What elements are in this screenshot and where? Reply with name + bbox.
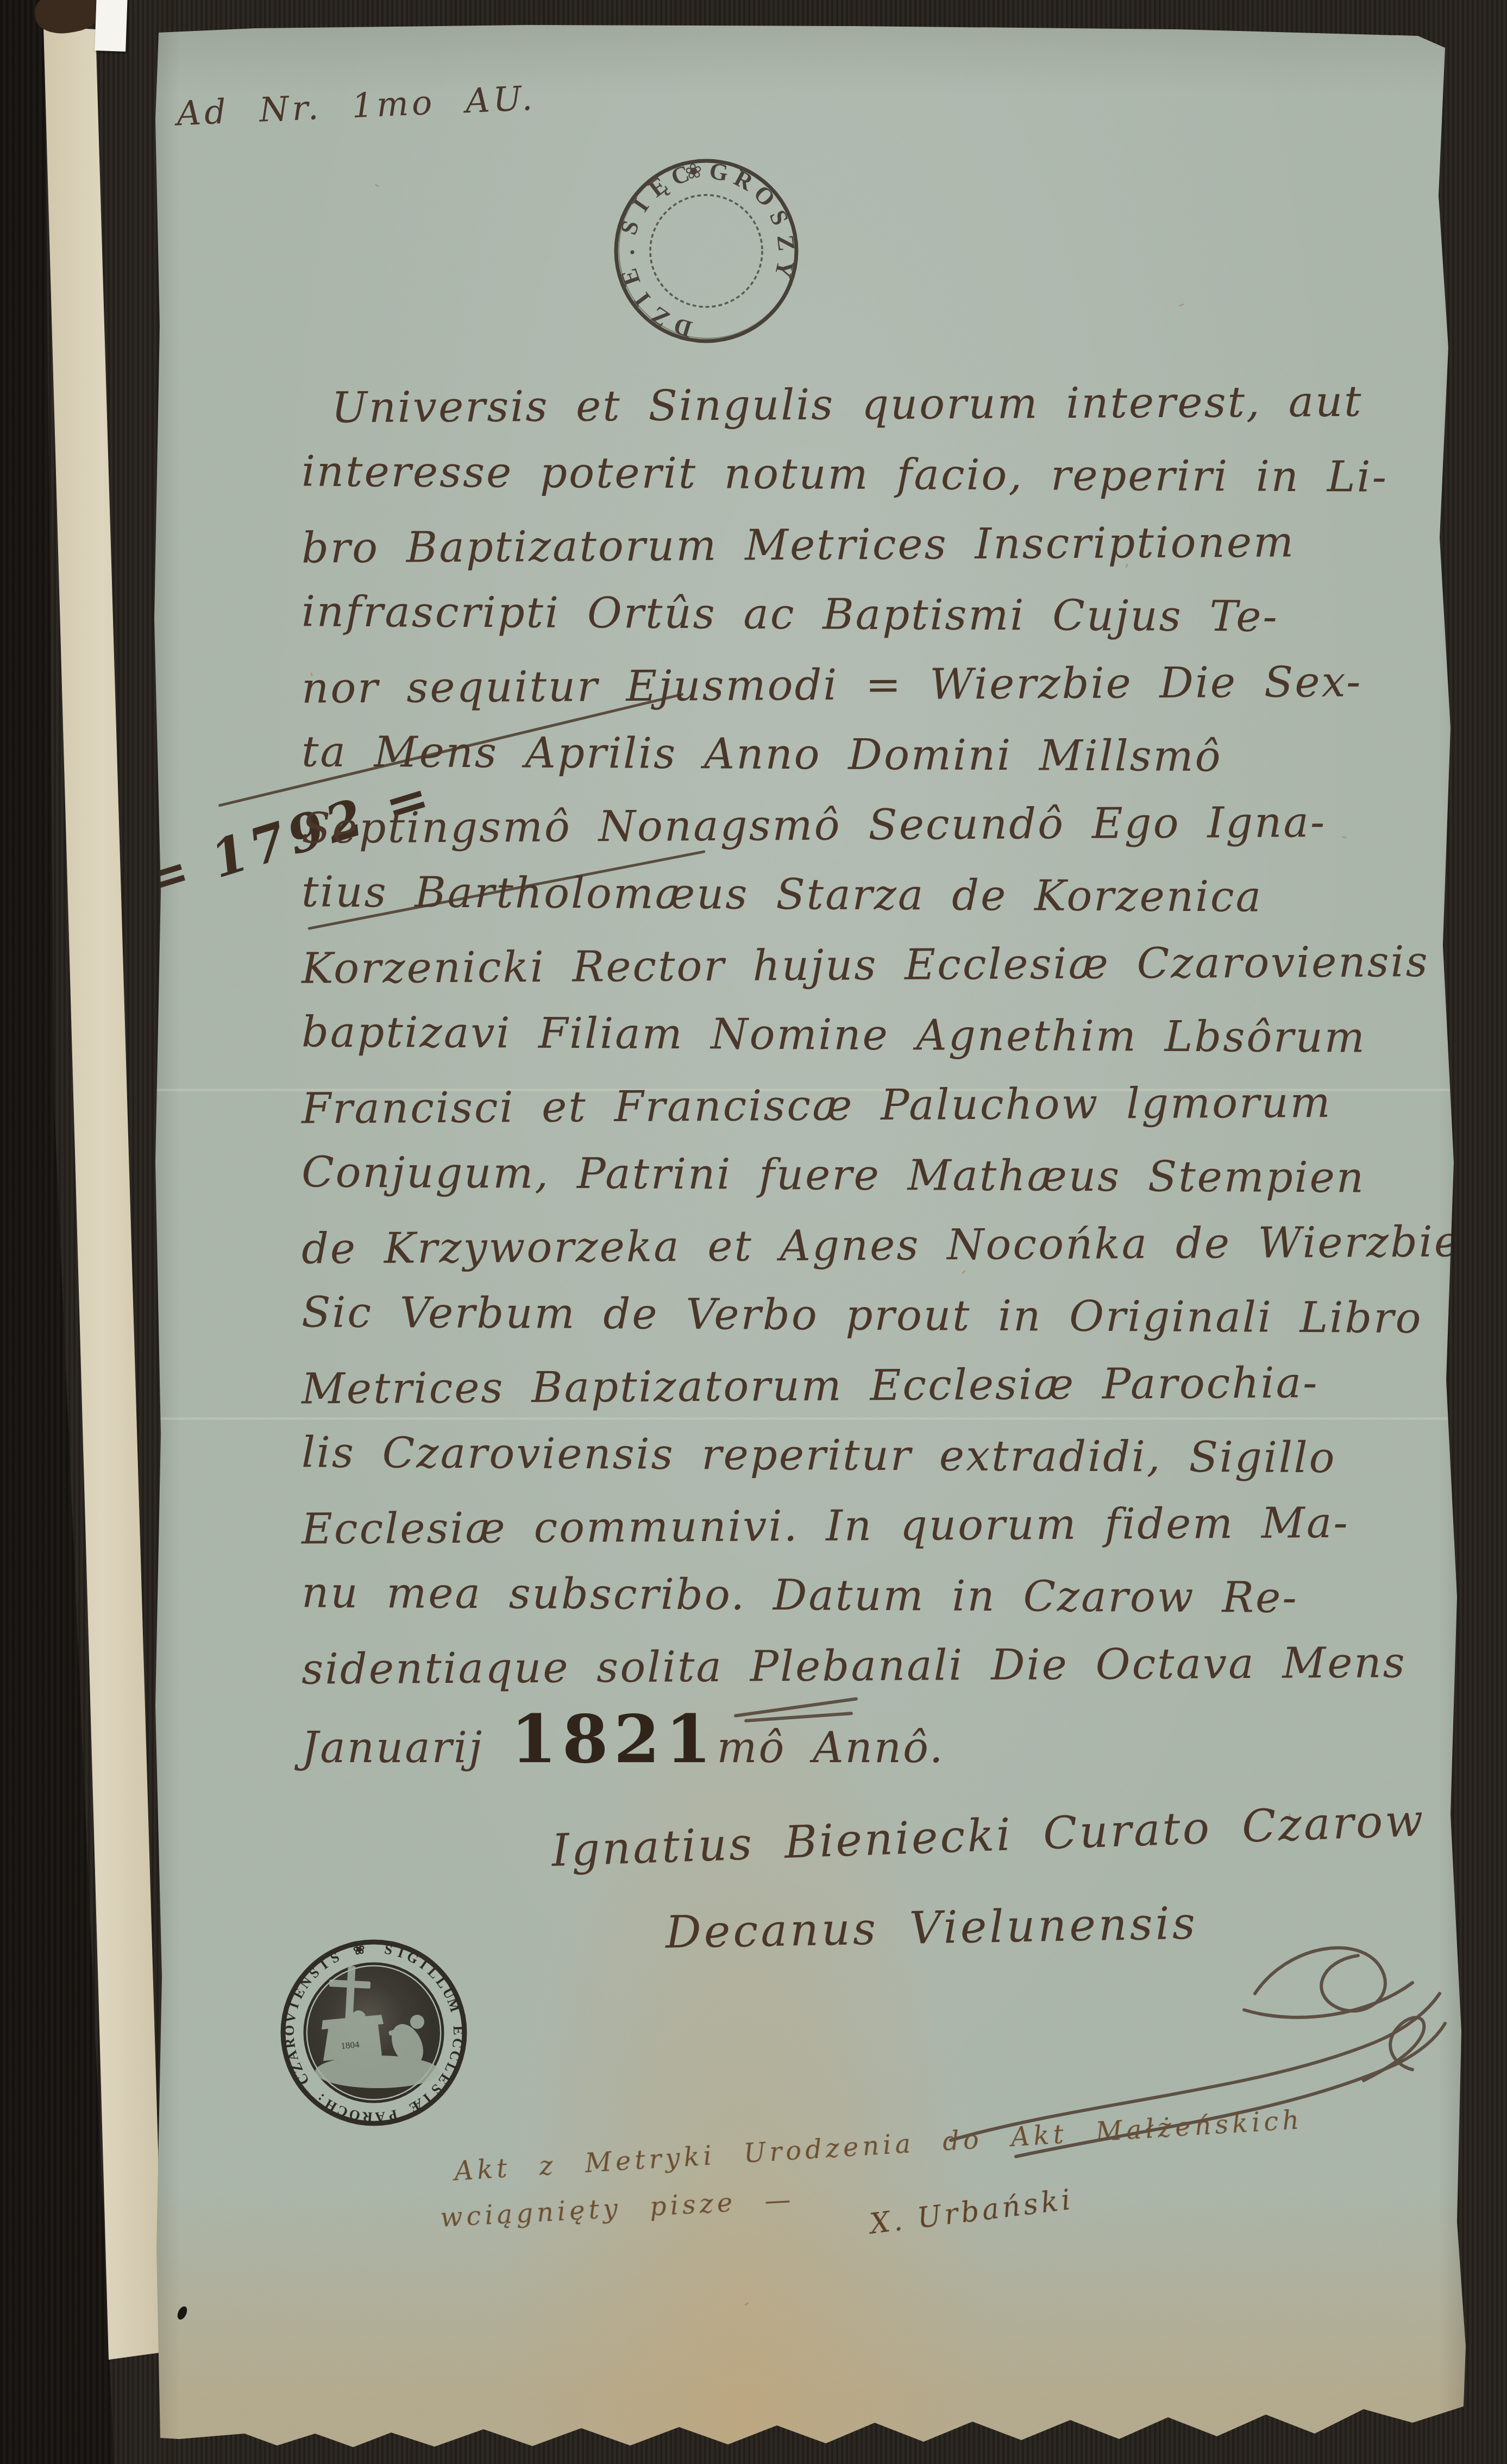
text-line: sidentiaque solita Plebanali Die Octava … [302,1630,1470,1707]
paper-speck [1179,303,1184,306]
svg-text:A: A [374,2109,386,2125]
seal-pedestal-year: 1804 [341,2039,360,2051]
text-line: baptizavi Filiam Nomine Agnethim Lbsôrum [302,1000,1470,1076]
svg-text:Ę: Ę [644,172,673,203]
text-line: Sic Verbum de Verbo prout in Originali L… [302,1280,1470,1356]
text-line: Metrices Baptizatorum Ecclesiæ Parochia- [302,1349,1470,1426]
text-line: de Krzyworzeka et Agnes Nocońka de Wierz… [302,1209,1470,1286]
text-line: Korzenicki Rector hujus Ecclesiæ Czarovi… [302,929,1470,1006]
date-line: Januarij 1821mô Annô. [302,1704,1470,1785]
text-line: Conjugum, Patrini fuere Mathæus Stempien [302,1140,1470,1216]
svg-text:Z: Z [646,301,674,332]
svg-text:S: S [328,1949,342,1966]
svg-text:.: . [613,249,639,256]
text-line: ta Mens Aprilis Anno Domini Millsmô [302,719,1470,795]
parish-seal-czarozew: SIGILLUM ECCLESIÆ PAROCH: CZAROVIENSIS ❀… [277,1936,470,2129]
clerk-annotation-line2: wciągnięty pisze — [439,2184,795,2233]
text-line: lis Czaroviensis reperitur extradidi, Si… [302,1420,1470,1496]
svg-text:I: I [629,287,655,311]
date-prefix: Januarij [302,1724,511,1772]
svg-text:R: R [361,2109,373,2125]
text-line: bro Baptizatorum Metrices Inscriptionem [302,508,1470,586]
text-line: Septingsmô Nonagsmô Secundô Ego Igna- [302,789,1470,866]
svg-text:C: C [449,2037,466,2049]
text-line: Universis et Singulis quorum interest, a… [302,368,1470,445]
header-reference-note: Ad Nr. 1mo AU. [176,78,537,134]
svg-text:S: S [764,206,794,229]
revenue-stamp-ten-groszy: DZIE.SIĘC❀GROSZY [611,156,801,346]
year-1821: 1821 [511,1700,717,1778]
text-line: nor sequitur Ejusmodi = Wierzbie Die Sex… [302,649,1470,726]
text-line: Ecclesiæ communivi. In quorum fidem Ma- [302,1489,1470,1567]
svg-text:❀: ❀ [683,158,704,184]
ink-blot [175,2305,189,2321]
paper-speck [744,2302,749,2306]
text-line: infrascripti Ortûs ac Baptismi Cujus Te- [302,579,1470,655]
document-page: Ad Nr. 1mo AU. DZIE.SIĘC❀GROSZY = 1792 =… [147,22,1472,2447]
svg-text:R: R [730,164,758,196]
svg-text:O: O [281,2025,298,2036]
text-line: Francisci et Franciscæ Paluchow lgmorum [302,1069,1470,1146]
svg-text:O: O [749,180,781,212]
scan-background: Ad Nr. 1mo AU. DZIE.SIĘC❀GROSZY = 1792 =… [0,0,1507,2464]
signature-priest: Ignatius Bieniecki Curato Czarow [551,1795,1426,1877]
text-line: tius Bartholomæus Starza de Korzenica [302,859,1470,935]
certificate-body-text: Universis et Singulis quorum interest, a… [302,372,1470,1785]
paper-speck [375,184,379,187]
date-suffix: mô Annô. [717,1724,945,1772]
text-line: nu mea subscribo. Datum in Czarow Re- [302,1560,1470,1636]
clerk-signature-urbanski: X. Urbański [868,2183,1076,2241]
svg-text:Z: Z [772,234,800,252]
text-line: interesse poterit notum facio, reperiri … [302,439,1470,515]
bookmark-slip [95,0,128,52]
svg-text:V: V [282,2011,299,2024]
svg-text:G: G [707,157,730,186]
svg-text:E: E [450,2026,466,2035]
svg-text:E: E [616,265,646,289]
svg-text:R: R [281,2037,298,2049]
